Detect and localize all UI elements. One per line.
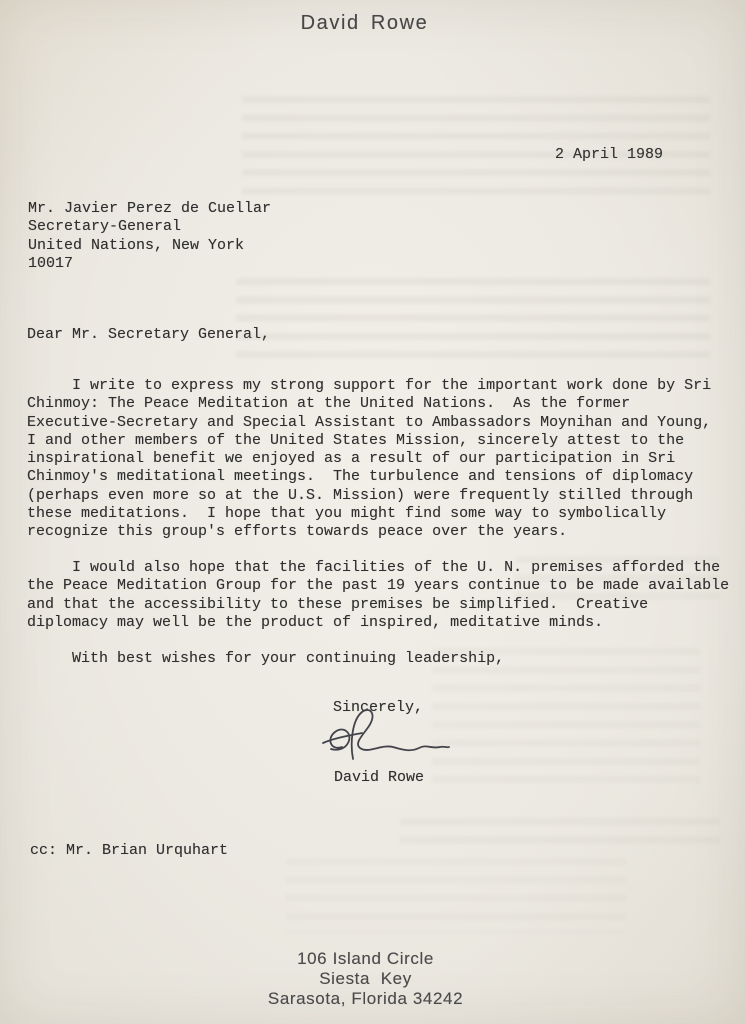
body-paragraph-2: I would also hope that the facilities of…	[27, 559, 729, 632]
footer-address: 106 Island Circle Siesta Key Sarasota, F…	[0, 949, 738, 1008]
bleedthrough-ghost-text	[400, 818, 720, 848]
bleedthrough-ghost-text	[236, 278, 710, 366]
recipient-address-block: Mr. Javier Perez de Cuellar Secretary-Ge…	[28, 200, 271, 273]
salutation: Dear Mr. Secretary General,	[27, 326, 270, 344]
date-line: 2 April 1989	[555, 146, 663, 164]
bleedthrough-ghost-text	[432, 648, 700, 788]
handwritten-signature-icon	[316, 706, 454, 770]
bleedthrough-ghost-text	[286, 858, 626, 933]
cc-line: cc: Mr. Brian Urquhart	[30, 842, 228, 860]
letterhead-name: David Rowe	[0, 12, 737, 35]
letter-page: David Rowe 2 April 1989 Mr. Javier Perez…	[0, 0, 745, 1024]
typed-signature-name: David Rowe	[334, 769, 424, 787]
body-paragraph-1: I write to express my strong support for…	[27, 377, 711, 542]
closing-line: With best wishes for your continuing lea…	[27, 650, 504, 668]
